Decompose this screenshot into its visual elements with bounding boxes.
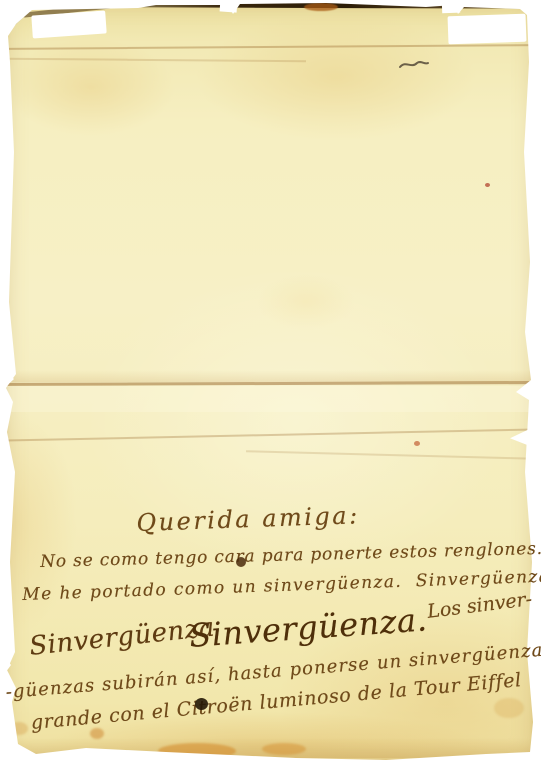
- stain-bottom-left: [90, 728, 104, 739]
- ink-blot-line-1: [236, 557, 246, 567]
- red-speck-mid-right: [414, 441, 420, 446]
- stain-right-lower: [494, 698, 524, 718]
- scan-background: Querida amiga: No se como tengo cara par…: [0, 0, 541, 768]
- pencil-squiggle-mark: [398, 58, 430, 72]
- fold-crease-main: [6, 381, 534, 385]
- fold-crease-second: [6, 428, 534, 441]
- torn-notch-top-right: [448, 14, 527, 45]
- stain-bottom-edge: [52, 754, 72, 763]
- stain-left-edge: [10, 722, 28, 735]
- ink-blot-line-4: [195, 698, 208, 710]
- red-speck-upper-right: [485, 183, 490, 187]
- stain-bottom-right-of-center: [262, 743, 306, 755]
- crease-top: [6, 44, 534, 50]
- torn-notch-left-lower: [0, 650, 11, 680]
- crease-top-secondary: [6, 58, 306, 62]
- fold-crease-faint: [246, 450, 534, 459]
- fold-shadow: [6, 370, 534, 382]
- fold-highlight-band: [6, 386, 534, 412]
- torn-notch-top-right-small: [442, 0, 460, 13]
- rust-stain-top: [304, 3, 338, 11]
- torn-notch-top-middle: [220, 0, 238, 13]
- stain-bottom-center: [158, 743, 236, 759]
